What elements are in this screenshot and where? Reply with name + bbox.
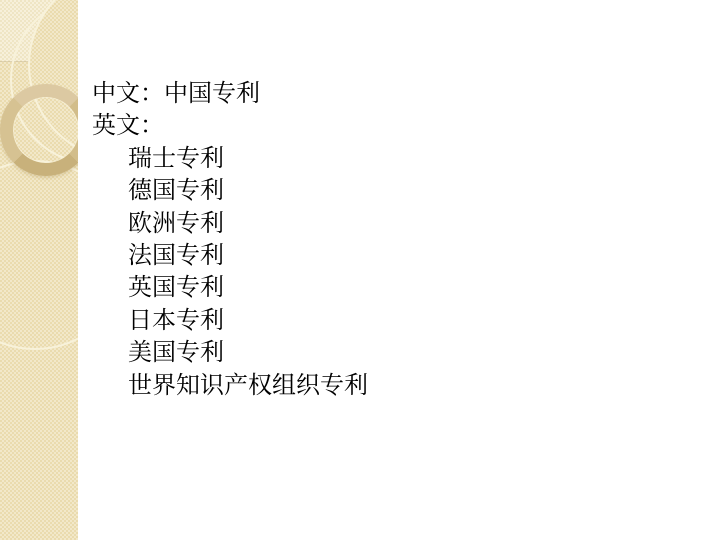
text-line: 美国专利 xyxy=(92,337,368,369)
decor-circle-bottom xyxy=(0,160,78,350)
text-line: 法国专利 xyxy=(92,240,368,272)
decorative-sidebar xyxy=(0,0,78,540)
text-block: 中文：中国专利英文：瑞士专利德国专利欧洲专利法国专利英国专利日本专利美国专利世界… xyxy=(92,78,368,402)
presentation-slide: 中文：中国专利英文：瑞士专利德国专利欧洲专利法国专利英国专利日本专利美国专利世界… xyxy=(0,0,720,540)
text-line: 世界知识产权组织专利 xyxy=(92,370,368,402)
text-line: 英文： xyxy=(92,110,368,142)
text-line: 英国专利 xyxy=(92,272,368,304)
text-line: 瑞士专利 xyxy=(92,143,368,175)
text-line: 中文：中国专利 xyxy=(92,78,368,110)
slide-content: 中文：中国专利英文：瑞士专利德国专利欧洲专利法国专利英国专利日本专利美国专利世界… xyxy=(92,78,368,402)
text-line: 德国专利 xyxy=(92,175,368,207)
text-line: 欧洲专利 xyxy=(92,208,368,240)
text-line: 日本专利 xyxy=(92,305,368,337)
